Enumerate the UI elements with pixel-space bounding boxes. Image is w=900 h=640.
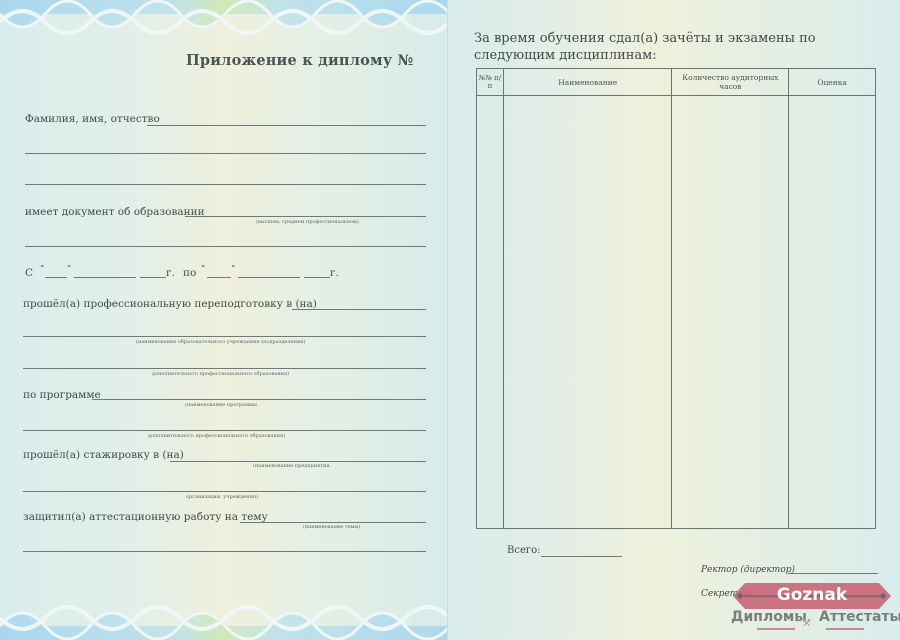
internship-field-line-2[interactable] [23,491,426,492]
program-caption-1: (наименование программы [185,402,257,408]
rector-signature-field[interactable] [788,573,878,574]
retraining-label: прошёл(а) профессиональную переподготовк… [23,298,317,310]
internship-caption-1: (наименование предприятия, [253,463,331,469]
to-month-field[interactable] [238,277,300,278]
quote-close: “ [67,264,71,273]
quote-open-2: “ [201,264,205,273]
appendix-title: Приложение к диплому № [186,52,414,69]
col-name-header: Наименование [503,69,672,96]
program-field-line-2[interactable] [23,430,426,431]
guilloche-border-top [0,0,447,44]
fio-label: Фамилия, имя, отчество [25,113,160,125]
retraining-field-line-2[interactable] [23,336,426,337]
internship-field[interactable] [170,461,426,462]
cell-grade[interactable] [789,96,876,529]
rector-label: Ректор (директор) [701,565,795,575]
goznak-badge[interactable]: Goznak [733,583,891,609]
from-year-suffix: г. [166,267,175,279]
period-to-label: по [183,267,196,279]
to-year-suffix: г. [330,267,339,279]
certificates-link-underline [826,628,864,630]
total-field[interactable] [541,556,622,557]
col-number-header: №№ п/п [477,69,504,96]
to-year-field[interactable] [304,277,330,278]
program-label: по программе [23,389,101,401]
table-row [477,96,876,529]
program-caption-2: дополнительного профессионального образо… [148,433,285,439]
col-hours-header: Количество аудиторных часов [672,69,789,96]
education-caption: (высшем, среднем профессиональном) [256,219,359,225]
program-field[interactable] [92,399,426,400]
thesis-field-line-2[interactable] [23,551,426,552]
period-from-label: С [25,267,33,279]
fio-field-line-2[interactable] [25,153,426,154]
retraining-caption-1: (наименование образовательного учреждени… [136,339,305,345]
retraining-field[interactable] [292,309,426,310]
left-page: Приложение к диплому № Фамилия, имя, отч… [0,0,447,640]
col-grade-header: Оценка [789,69,876,96]
retraining-field-line-3[interactable] [23,368,426,369]
cell-name[interactable] [503,96,672,529]
from-year-field[interactable] [140,277,166,278]
internship-caption-2: организации, учреждения) [186,494,258,500]
education-label: имеет документ об образовании [25,206,205,218]
quote-close-2: “ [231,264,235,273]
certificates-link[interactable]: Аттестаты [819,609,900,625]
cell-number[interactable] [477,96,504,529]
hammer-icon: ⚒ [802,618,811,629]
disciplines-heading: За время обучения сдал(а) зачёты и экзам… [474,30,884,64]
to-day-field[interactable] [207,277,231,278]
guilloche-border-bottom [0,596,447,640]
fio-field-line-3[interactable] [25,184,426,185]
from-day-field[interactable] [45,277,67,278]
goznak-brand: Goznak [733,585,891,605]
thesis-caption: (наименование темы) [303,524,360,530]
fio-field[interactable] [147,125,426,126]
education-field-line-2[interactable] [25,246,426,247]
grades-table: №№ п/п Наименование Количество аудиторны… [476,68,876,529]
diplomas-link[interactable]: Дипломы [731,609,807,625]
quote-open: “ [40,264,44,273]
thesis-field[interactable] [240,522,426,523]
thesis-label: защитил(а) аттестационную работу на тему [23,511,268,523]
internship-label: прошёл(а) стажировку в (на) [23,449,184,461]
from-month-field[interactable] [74,277,136,278]
education-field[interactable] [185,216,426,217]
retraining-caption-2: дополнительного профессионального образо… [152,371,289,377]
diplomas-link-underline [757,628,795,630]
cell-hours[interactable] [672,96,789,529]
total-label: Всего: [507,545,541,556]
